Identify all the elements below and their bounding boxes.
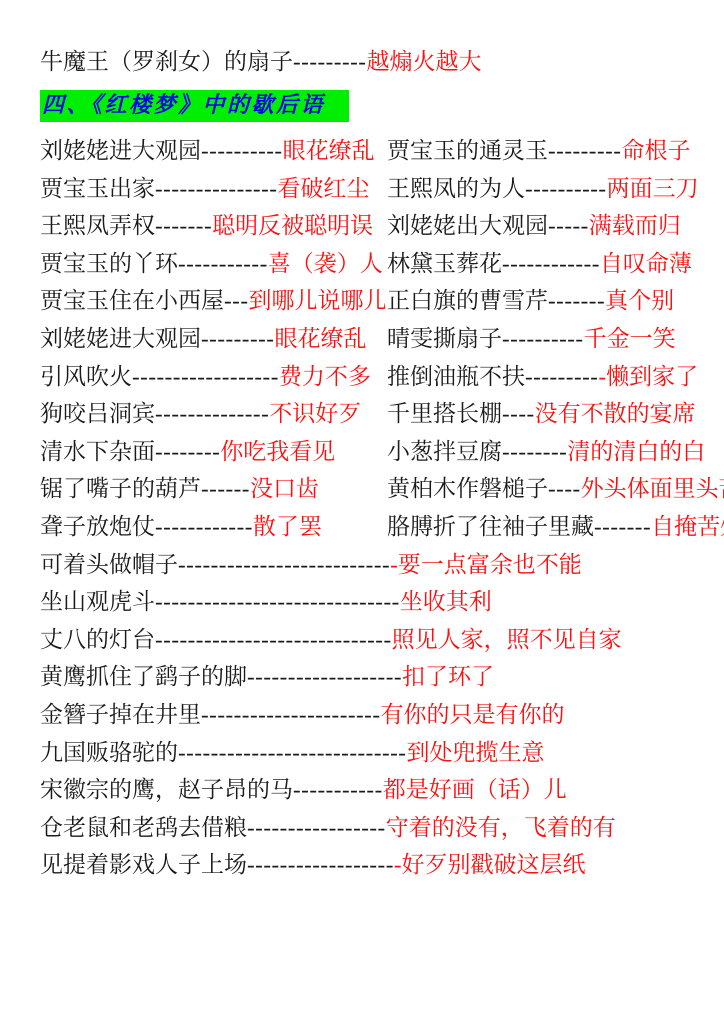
question-text: 见提着影戏人子上场: [40, 852, 247, 877]
dash-leader: -----------------------------: [155, 627, 392, 652]
dash-leader: -------: [594, 514, 651, 539]
saying-left: 锯了嘴子的葫芦------没口齿: [40, 470, 387, 508]
question-text: 贾宝玉的通灵玉: [387, 138, 548, 163]
saying-left: 王熙凤弄权-------聪明反被聪明误: [40, 207, 387, 245]
question-text: 聋子放炮仗: [40, 514, 155, 539]
question-text: 王熙凤的为人: [387, 176, 525, 201]
answer-text: 清的清白的白: [567, 439, 705, 464]
saying-right: 千里搭长棚----没有不散的宴席: [387, 395, 696, 433]
saying-row: 九国贩骆驼的----------------------------到处兜揽生意: [40, 734, 694, 772]
answer-text: 自掩苦处: [651, 514, 724, 539]
answer-text: 费力不多: [279, 364, 371, 389]
saying-right: 推倒油瓶不扶----------懒到家了: [387, 358, 698, 396]
answer-text: 到哪儿说哪儿: [248, 288, 386, 313]
question-text: 千里搭长棚: [387, 401, 502, 426]
saying-row: 宋徽宗的鹰，赵子昂的马-----------都是好画（话）儿: [40, 771, 694, 809]
question-text: 贾宝玉的丫环: [40, 251, 178, 276]
question-text: 锯了嘴子的葫芦: [40, 476, 201, 501]
answer-text: 越煽火越大: [366, 49, 481, 74]
dash-leader: ----------------------------: [178, 740, 406, 765]
saying-right: 王熙凤的为人----------两面三刀: [387, 170, 699, 208]
answer-text: 两面三刀: [607, 176, 699, 201]
answer-text: 眼花缭乱: [274, 326, 366, 351]
dash-leader: -----------------: [247, 815, 386, 840]
saying-left: 贾宝玉出家---------------看破红尘: [40, 170, 387, 208]
answer-text: 外头体面里头苦: [581, 476, 724, 501]
saying-right: 晴雯撕扇子----------千金一笑: [387, 320, 694, 358]
saying-row: 贾宝玉的丫环-----------喜（袭）人林黛玉葬花------------自…: [40, 245, 694, 283]
saying-row: 可着头做帽子---------------------------要一点富余也不…: [40, 546, 694, 584]
dash-leader: --------: [502, 439, 567, 464]
dash-leader: ---: [224, 288, 248, 313]
question-text: 推倒油瓶不扶: [387, 364, 525, 389]
saying-row: 金簪子掉在井里----------------------有你的只是有你的: [40, 696, 694, 734]
saying-row: 黄鹰抓住了鹞子的脚-------------------扣了环了: [40, 658, 694, 696]
question-text: 牛魔王（罗刹女）的扇子: [40, 49, 293, 74]
answer-text: 自叹命薄: [600, 251, 692, 276]
saying-row: 清水下杂面--------你吃我看见小葱拌豆腐--------清的清白的白: [40, 433, 694, 471]
saying-left: 狗咬吕洞宾--------------不识好歹: [40, 395, 387, 433]
saying-row: 贾宝玉住在小西屋---到哪儿说哪儿正白旗的曹雪芹-------真个别: [40, 282, 694, 320]
dash-leader: --------------------------: [178, 552, 390, 577]
intro-saying-row: 牛魔王（罗刹女）的扇子---------越煽火越大: [40, 46, 694, 78]
answer-text: 命根子: [621, 138, 690, 163]
answer-text: 聪明反被聪明误: [212, 213, 373, 238]
saying-left: 聋子放炮仗------------散了罢: [40, 508, 387, 546]
dash-leader: --------: [155, 439, 220, 464]
saying-row: 丈八的灯台-----------------------------照见人家，照…: [40, 621, 694, 659]
dash-leader: ----------: [201, 138, 283, 163]
answer-text: 真个别: [605, 288, 674, 313]
answer-text: 你吃我看见: [220, 439, 335, 464]
dash-leader: ----------: [502, 326, 584, 351]
saying-right: 黄柏木作磐槌子----外头体面里头苦: [387, 470, 724, 508]
question-text: 贾宝玉出家: [40, 176, 155, 201]
dash-leader: ------------------: [132, 364, 279, 389]
dash-leader: ----: [502, 401, 535, 426]
question-text: 刘姥姥进大观园: [40, 138, 201, 163]
saying-right: 正白旗的曹雪芹-------真个别: [387, 282, 694, 320]
question-text: 胳膊折了往袖子里藏: [387, 514, 594, 539]
question-text: 宋徽宗的鹰，赵子昂的马: [40, 777, 293, 802]
question-text: 坐山观虎斗: [40, 589, 155, 614]
answer-text: -好歹别戳破这层纸: [394, 852, 586, 877]
question-text: 九国贩骆驼的: [40, 740, 178, 765]
answer-text: 喜（袭）人: [268, 251, 383, 276]
saying-row: 王熙凤弄权-------聪明反被聪明误刘姥姥出大观园-----满载而归: [40, 207, 694, 245]
saying-right: 小葱拌豆腐--------清的清白的白: [387, 433, 705, 471]
question-text: 晴雯撕扇子: [387, 326, 502, 351]
saying-row: 刘姥姥进大观园----------眼花缭乱贾宝玉的通灵玉---------命根子: [40, 132, 694, 170]
question-text: 正白旗的曹雪芹: [387, 288, 548, 313]
dash-leader: ------: [201, 476, 250, 501]
question-text: 王熙凤弄权: [40, 213, 155, 238]
question-text: 仓老鼠和老鸹去借粮: [40, 815, 247, 840]
dash-leader: ------------------: [247, 852, 394, 877]
question-text: 可着头做帽子: [40, 552, 178, 577]
dash-leader: -----------: [178, 251, 268, 276]
answer-text: 扣了环了: [402, 664, 494, 689]
saying-right: 刘姥姥出大观园-----满载而归: [387, 207, 694, 245]
document-page: 牛魔王（罗刹女）的扇子---------越煽火越大 四、《红楼梦》中的歇后语 刘…: [0, 0, 724, 1024]
saying-row: 坐山观虎斗------------------------------坐收其利: [40, 583, 694, 621]
two-column-saying-list: 刘姥姥进大观园----------眼花缭乱贾宝玉的通灵玉---------命根子…: [40, 132, 694, 546]
saying-row: 贾宝玉出家---------------看破红尘王熙凤的为人----------…: [40, 170, 694, 208]
question-text: 黄鹰抓住了鹞子的脚: [40, 664, 247, 689]
saying-right: 林黛玉葬花------------自叹命薄: [387, 245, 694, 283]
answer-text: 没口齿: [250, 476, 319, 501]
saying-row: 聋子放炮仗------------散了罢胳膊折了往袖子里藏-------自掩苦处: [40, 508, 694, 546]
question-text: 清水下杂面: [40, 439, 155, 464]
saying-row: 刘姥姥进大观园---------眼花缭乱晴雯撕扇子----------千金一笑: [40, 320, 694, 358]
saying-left: 刘姥姥进大观园----------眼花缭乱: [40, 132, 387, 170]
dash-leader: ------------: [155, 514, 253, 539]
saying-row: 仓老鼠和老鸹去借粮-----------------守着的没有，飞着的有: [40, 809, 694, 847]
answer-text: -懒到家了: [598, 364, 698, 389]
answer-text: 坐收其利: [400, 589, 492, 614]
question-text: 丈八的灯台: [40, 627, 155, 652]
saying-left: 贾宝玉住在小西屋---到哪儿说哪儿: [40, 282, 387, 320]
dash-leader: ----------------------: [201, 702, 381, 727]
dash-leader: --------------: [155, 401, 269, 426]
saying-right: 胳膊折了往袖子里藏-------自掩苦处: [387, 508, 724, 546]
question-text: 刘姥姥进大观园: [40, 326, 201, 351]
answer-text: 不识好歹: [269, 401, 361, 426]
dash-leader: -------: [548, 288, 605, 313]
dash-leader: ----------: [525, 176, 607, 201]
answer-text: 都是好画（话）儿: [383, 777, 567, 802]
saying-left: 刘姥姥进大观园---------眼花缭乱: [40, 320, 387, 358]
section-header: 四、《红楼梦》中的歇后语: [40, 90, 349, 122]
answer-text: 眼花缭乱: [283, 138, 375, 163]
dash-leader: ----: [548, 476, 581, 501]
question-text: 黄柏木作磐槌子: [387, 476, 548, 501]
single-column-saying-list: 可着头做帽子---------------------------要一点富余也不…: [40, 546, 694, 884]
question-text: 小葱拌豆腐: [387, 439, 502, 464]
saying-row: 见提着影戏人子上场-------------------好歹别戳破这层纸: [40, 846, 694, 884]
saying-row: 狗咬吕洞宾--------------不识好歹千里搭长棚----没有不散的宴席: [40, 395, 694, 433]
answer-text: 看破红尘: [277, 176, 369, 201]
question-text: 引风吹火: [40, 364, 132, 389]
question-text: 金簪子掉在井里: [40, 702, 201, 727]
dash-leader: ---------: [548, 138, 621, 163]
dash-leader: -----: [548, 213, 589, 238]
question-text: 贾宝玉住在小西屋: [40, 288, 224, 313]
saying-left: 贾宝玉的丫环-----------喜（袭）人: [40, 245, 387, 283]
answer-text: 没有不散的宴席: [535, 401, 696, 426]
dash-leader: ---------: [525, 364, 598, 389]
dash-leader: -------: [155, 213, 212, 238]
answer-text: 散了罢: [253, 514, 322, 539]
dash-leader: -----------: [293, 777, 383, 802]
saying-row: 引风吹火------------------费力不多推倒油瓶不扶--------…: [40, 358, 694, 396]
answer-text: 照见人家，照不见自家: [392, 627, 622, 652]
question-text: 林黛玉葬花: [387, 251, 502, 276]
dash-leader: ---------: [293, 49, 366, 74]
answer-text: 满载而归: [589, 213, 681, 238]
dash-leader: -------------------: [247, 664, 402, 689]
answer-text: 千金一笑: [584, 326, 676, 351]
saying-row: 锯了嘴子的葫芦------没口齿黄柏木作磐槌子----外头体面里头苦: [40, 470, 694, 508]
saying-right: 贾宝玉的通灵玉---------命根子: [387, 132, 694, 170]
question-text: 刘姥姥出大观园: [387, 213, 548, 238]
saying-left: 清水下杂面--------你吃我看见: [40, 433, 387, 471]
answer-text: 有你的只是有你的: [381, 702, 565, 727]
dash-leader: ---------------: [155, 176, 277, 201]
question-text: 狗咬吕洞宾: [40, 401, 155, 426]
dash-leader: ------------: [502, 251, 600, 276]
dash-leader: ------------------------------: [155, 589, 400, 614]
answer-text: 到处兜揽生意: [406, 740, 544, 765]
answer-text: 守着的没有，飞着的有: [386, 815, 616, 840]
answer-text: -要一点富余也不能: [390, 552, 582, 577]
dash-leader: ---------: [201, 326, 274, 351]
saying-left: 引风吹火------------------费力不多: [40, 358, 387, 396]
